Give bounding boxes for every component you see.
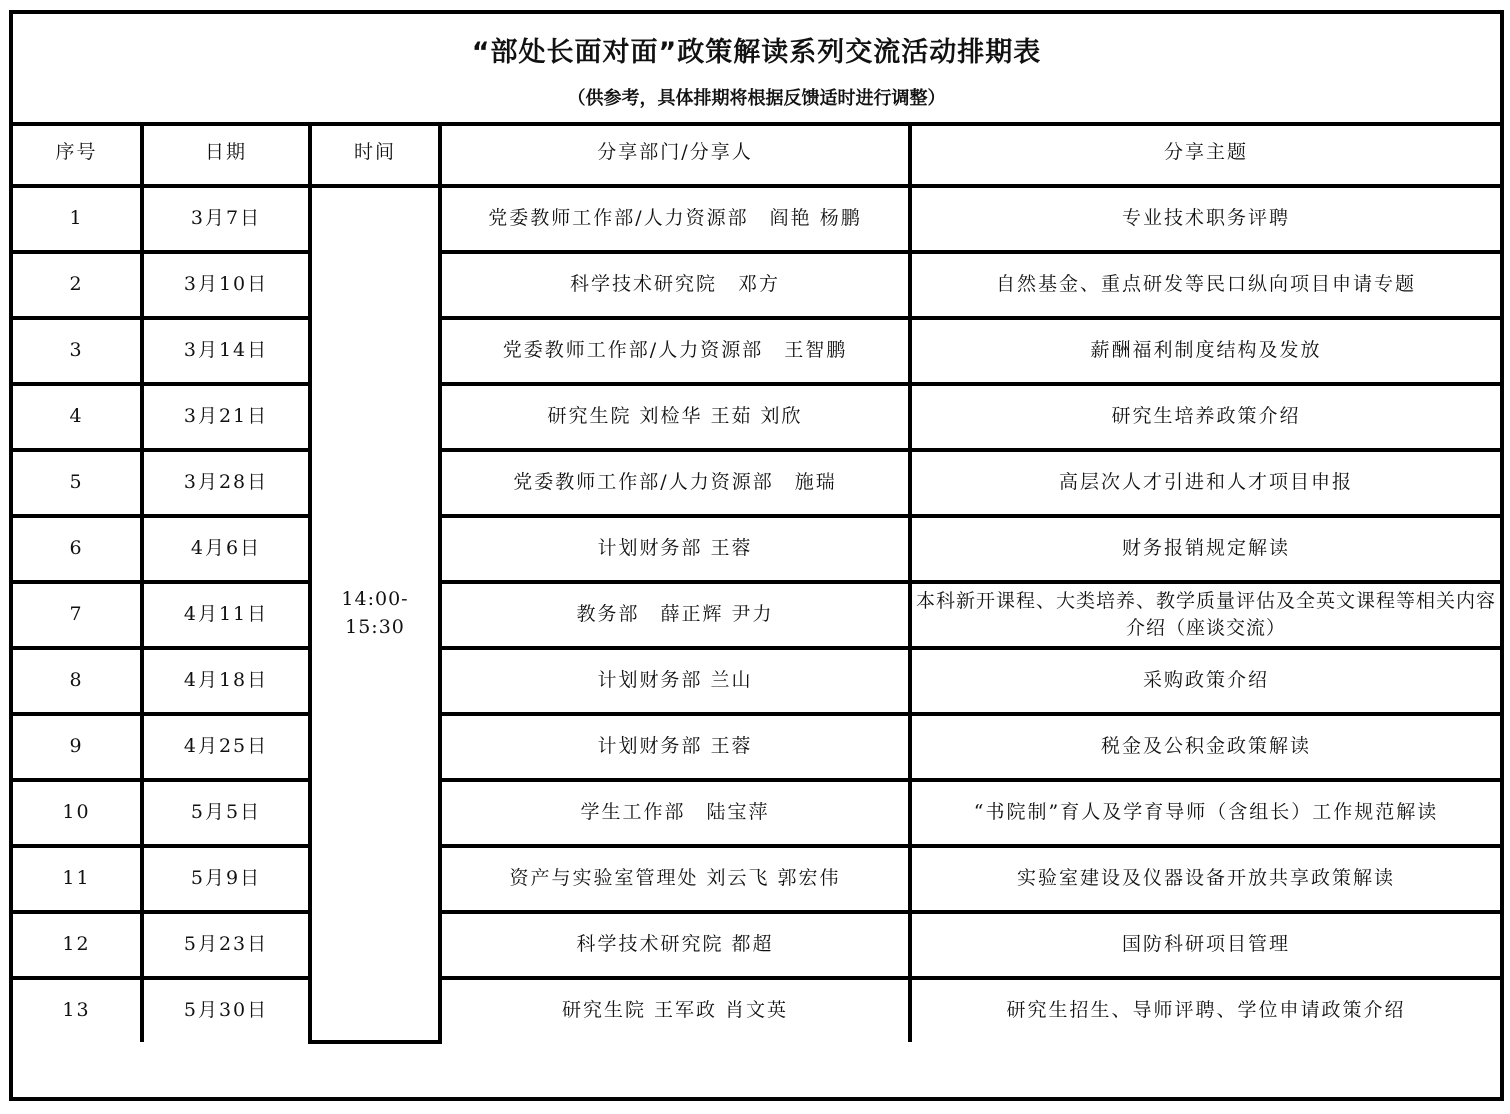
table-row: 4 3月21日 研究生院 刘检华 王茹 刘欣 研究生培养政策介绍 — [13, 384, 1500, 450]
cell-date: 5月23日 — [142, 912, 310, 978]
cell-index: 9 — [13, 714, 142, 780]
schedule-table: 序号 日期 时间 分享部门/分享人 分享主题 1 3月7日 14:00- 15:… — [13, 122, 1500, 1044]
cell-topic: 研究生培养政策介绍 — [910, 384, 1500, 450]
cell-date: 3月10日 — [142, 252, 310, 318]
cell-topic: 本科新开课程、大类培养、教学质量评估及全英文课程等相关内容介绍（座谈交流） — [910, 582, 1500, 648]
cell-time-shared: 14:00- 15:30 — [310, 186, 440, 1042]
cell-index: 8 — [13, 648, 142, 714]
cell-date: 4月18日 — [142, 648, 310, 714]
cell-presenter: 党委教师工作部/人力资源部 施瑞 — [440, 450, 910, 516]
document-title: “部处长面对面”政策解读系列交流活动排期表 — [13, 30, 1500, 69]
cell-date: 5月30日 — [142, 978, 310, 1042]
time-end: 15:30 — [316, 614, 434, 642]
cell-presenter: 计划财务部 兰山 — [440, 648, 910, 714]
cell-date: 4月6日 — [142, 516, 310, 582]
cell-topic: 税金及公积金政策解读 — [910, 714, 1500, 780]
cell-index: 1 — [13, 186, 142, 252]
cell-presenter: 科学技术研究院 邓方 — [440, 252, 910, 318]
header-date: 日期 — [142, 122, 310, 186]
document-subtitle: （供参考，具体排期将根据反馈适时进行调整） — [13, 84, 1500, 110]
table-row: 6 4月6日 计划财务部 王蓉 财务报销规定解读 — [13, 516, 1500, 582]
schedule-sheet: “部处长面对面”政策解读系列交流活动排期表 （供参考，具体排期将根据反馈适时进行… — [9, 10, 1504, 1101]
cell-index: 10 — [13, 780, 142, 846]
cell-index: 12 — [13, 912, 142, 978]
table-row: 3 3月14日 党委教师工作部/人力资源部 王智鹏 薪酬福利制度结构及发放 — [13, 318, 1500, 384]
cell-topic: 自然基金、重点研发等民口纵向项目申请专题 — [910, 252, 1500, 318]
cell-index: 11 — [13, 846, 142, 912]
cell-topic: 薪酬福利制度结构及发放 — [910, 318, 1500, 384]
table-row: 8 4月18日 计划财务部 兰山 采购政策介绍 — [13, 648, 1500, 714]
header-topic: 分享主题 — [910, 122, 1500, 186]
cell-topic: 财务报销规定解读 — [910, 516, 1500, 582]
cell-topic: 专业技术职务评聘 — [910, 186, 1500, 252]
time-start: 14:00- — [316, 586, 434, 614]
cell-presenter: 研究生院 王军政 肖文英 — [440, 978, 910, 1042]
title-block: “部处长面对面”政策解读系列交流活动排期表 （供参考，具体排期将根据反馈适时进行… — [13, 14, 1500, 126]
cell-date: 3月7日 — [142, 186, 310, 252]
cell-date: 5月5日 — [142, 780, 310, 846]
cell-index: 3 — [13, 318, 142, 384]
cell-topic: 国防科研项目管理 — [910, 912, 1500, 978]
header-index: 序号 — [13, 122, 142, 186]
table-row: 12 5月23日 科学技术研究院 都超 国防科研项目管理 — [13, 912, 1500, 978]
table-row: 10 5月5日 学生工作部 陆宝萍 “书院制”育人及学育导师（含组长）工作规范解… — [13, 780, 1500, 846]
table-row: 5 3月28日 党委教师工作部/人力资源部 施瑞 高层次人才引进和人才项目申报 — [13, 450, 1500, 516]
cell-topic: 研究生招生、导师评聘、学位申请政策介绍 — [910, 978, 1500, 1042]
cell-date: 4月11日 — [142, 582, 310, 648]
cell-date: 4月25日 — [142, 714, 310, 780]
cell-presenter: 计划财务部 王蓉 — [440, 516, 910, 582]
cell-index: 2 — [13, 252, 142, 318]
cell-date: 3月21日 — [142, 384, 310, 450]
table-row: 2 3月10日 科学技术研究院 邓方 自然基金、重点研发等民口纵向项目申请专题 — [13, 252, 1500, 318]
header-time: 时间 — [310, 122, 440, 186]
cell-topic: 高层次人才引进和人才项目申报 — [910, 450, 1500, 516]
cell-index: 13 — [13, 978, 142, 1042]
cell-presenter: 计划财务部 王蓉 — [440, 714, 910, 780]
cell-presenter: 研究生院 刘检华 王茹 刘欣 — [440, 384, 910, 450]
cell-presenter: 科学技术研究院 都超 — [440, 912, 910, 978]
cell-topic: 实验室建设及仪器设备开放共享政策解读 — [910, 846, 1500, 912]
table-header-row: 序号 日期 时间 分享部门/分享人 分享主题 — [13, 122, 1500, 186]
table-row: 1 3月7日 14:00- 15:30 党委教师工作部/人力资源部 阎艳 杨鹏 … — [13, 186, 1500, 252]
cell-presenter: 教务部 薛正辉 尹力 — [440, 582, 910, 648]
cell-topic: 采购政策介绍 — [910, 648, 1500, 714]
cell-topic: “书院制”育人及学育导师（含组长）工作规范解读 — [910, 780, 1500, 846]
table-row: 13 5月30日 研究生院 王军政 肖文英 研究生招生、导师评聘、学位申请政策介… — [13, 978, 1500, 1042]
cell-presenter: 资产与实验室管理处 刘云飞 郭宏伟 — [440, 846, 910, 912]
cell-index: 4 — [13, 384, 142, 450]
cell-index: 7 — [13, 582, 142, 648]
cell-date: 5月9日 — [142, 846, 310, 912]
cell-presenter: 党委教师工作部/人力资源部 王智鹏 — [440, 318, 910, 384]
table-row: 7 4月11日 教务部 薛正辉 尹力 本科新开课程、大类培养、教学质量评估及全英… — [13, 582, 1500, 648]
cell-presenter: 党委教师工作部/人力资源部 阎艳 杨鹏 — [440, 186, 910, 252]
cell-index: 6 — [13, 516, 142, 582]
cell-date: 3月14日 — [142, 318, 310, 384]
table-row: 11 5月9日 资产与实验室管理处 刘云飞 郭宏伟 实验室建设及仪器设备开放共享… — [13, 846, 1500, 912]
cell-date: 3月28日 — [142, 450, 310, 516]
cell-presenter: 学生工作部 陆宝萍 — [440, 780, 910, 846]
header-presenter: 分享部门/分享人 — [440, 122, 910, 186]
cell-index: 5 — [13, 450, 142, 516]
table-row: 9 4月25日 计划财务部 王蓉 税金及公积金政策解读 — [13, 714, 1500, 780]
